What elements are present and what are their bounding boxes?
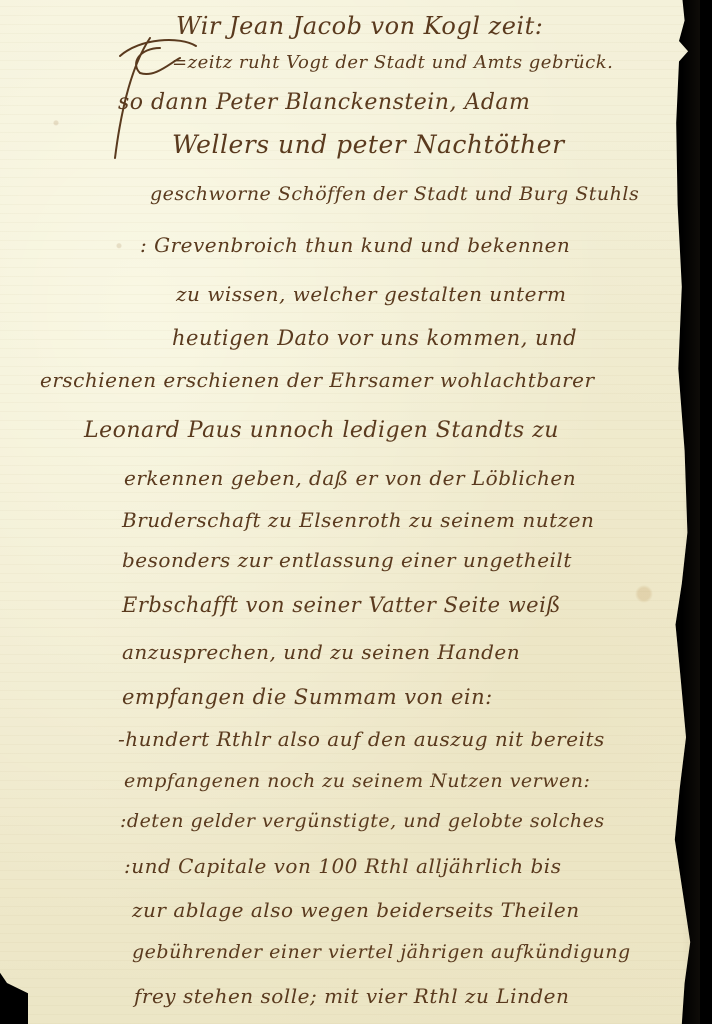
manuscript-line: Leonard Paus unnoch ledigen Standts zu xyxy=(84,418,559,443)
manuscript-line: heutigen Dato vor uns kommen, und xyxy=(172,326,577,350)
manuscript-line: so dann Peter Blanckenstein, Adam xyxy=(118,90,530,115)
manuscript-line: frey stehen solle; mit vier Rthl zu Lind… xyxy=(134,984,569,1008)
manuscript-line: erkennen geben, daß er von der Löblichen xyxy=(124,466,576,490)
manuscript-text: Wir Jean Jacob von Kogl zeit: =zeitz ruh… xyxy=(0,0,700,1024)
manuscript-line: =zeitz ruht Vogt der Stadt und Amts gebr… xyxy=(172,52,613,73)
manuscript-line: anzusprechen, und zu seinen Handen xyxy=(122,640,520,664)
manuscript-line: :deten gelder vergünstigte, und gelobte … xyxy=(120,810,605,832)
manuscript-line: -hundert Rthlr also auf den auszug nit b… xyxy=(118,727,605,751)
manuscript-line: Wir Jean Jacob von Kogl zeit: xyxy=(176,12,543,40)
manuscript-line: empfangenen noch zu seinem Nutzen verwen… xyxy=(124,770,590,792)
manuscript-line: erschienen erschienen der Ehrsamer wohla… xyxy=(40,368,595,392)
manuscript-line: besonders zur entlassung einer ungetheil… xyxy=(122,548,572,572)
manuscript-line: Bruderschaft zu Elsenroth zu seinem nutz… xyxy=(122,508,594,532)
manuscript-line: zu wissen, welcher gestalten unterm xyxy=(176,282,566,306)
manuscript-line: zur ablage also wegen beiderseits Theile… xyxy=(132,898,580,922)
manuscript-line: gebührender einer viertel jährigen aufkü… xyxy=(132,941,631,963)
manuscript-line: Wellers und peter Nachtöther xyxy=(172,130,565,159)
manuscript-line: geschworne Schöffen der Stadt und Burg S… xyxy=(150,183,639,205)
manuscript-line: : Grevenbroich thun kund und bekennen xyxy=(140,233,570,257)
manuscript-line: :und Capitale von 100 Rthl alljährlich b… xyxy=(124,854,561,878)
manuscript-line: empfangen die Summam von ein: xyxy=(122,685,493,709)
manuscript-line: Erbschafft von seiner Vatter Seite weiß xyxy=(122,593,561,617)
